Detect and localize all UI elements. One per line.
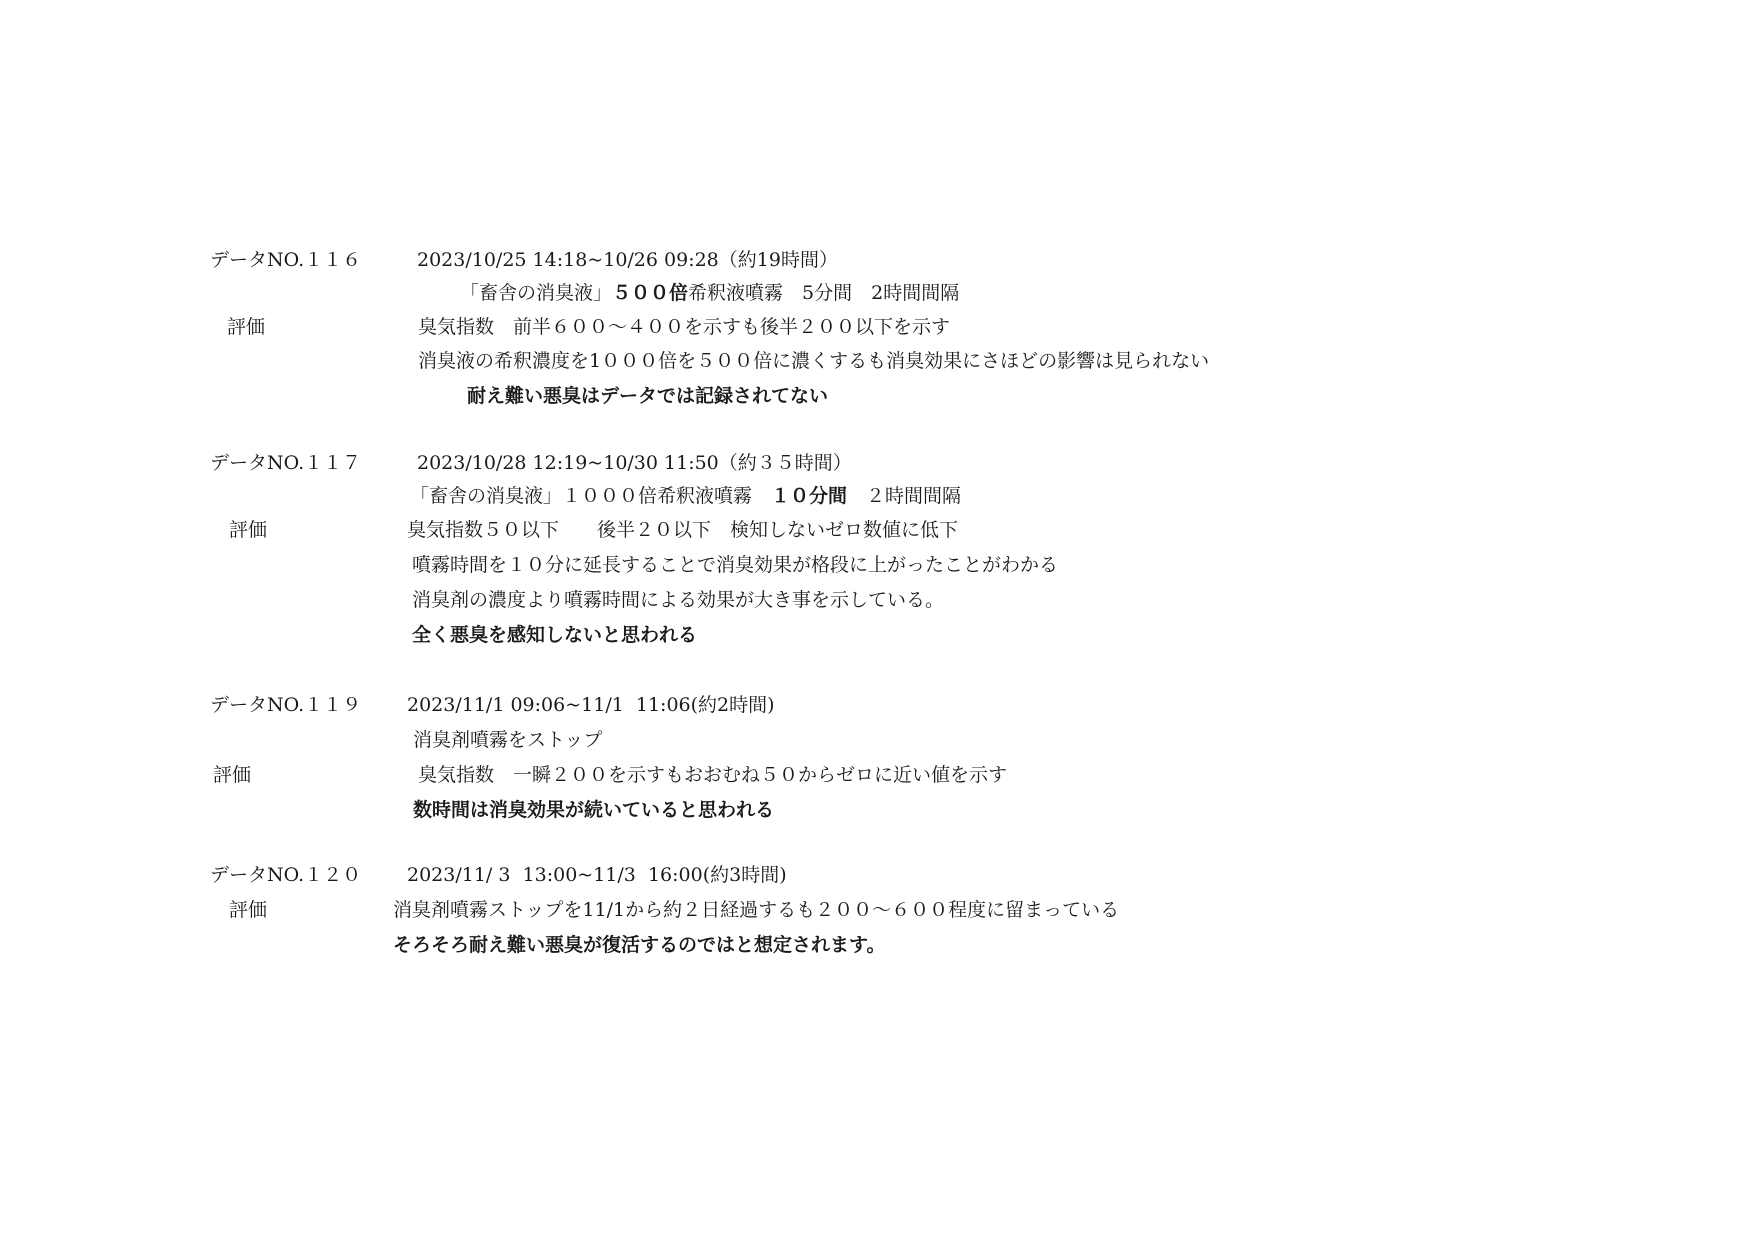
record-condition: 「畜舎の消臭液」５００倍希釈液噴霧 5分間 2時間間隔: [460, 281, 959, 305]
record-period: 2023/10/28 12:19~10/30 11:50（約３５時間）: [417, 451, 852, 475]
record-conclusion: 全く悪臭を感知しないと思われる: [412, 623, 697, 647]
eval-label: 評価: [227, 315, 265, 339]
eval-line: 消臭剤噴霧ストップを11/1から約２日経過するも２００～６００程度に留まっている: [393, 898, 1119, 922]
condition-emphasis: ５００倍: [612, 282, 688, 304]
condition-text: 「畜舎の消臭液」１０００倍希釈液噴霧: [410, 485, 771, 507]
condition-text: ２時間間隔: [847, 485, 961, 507]
eval-label: 評価: [229, 898, 267, 922]
eval-line: 消臭液の希釈濃度を1０００倍を５００倍に濃くするも消臭効果にさほどの影響は見られ…: [418, 349, 1209, 373]
record-conclusion: そろそろ耐え難い悪臭が復活するのではと想定されます。: [393, 933, 885, 957]
record-id: データNO.１１７: [210, 451, 361, 475]
record-period: 2023/11/ 3 13:00~11/3 16:00(約3時間): [407, 863, 787, 887]
condition-text: 希釈液噴霧 5分間 2時間間隔: [688, 282, 959, 304]
record-period: 2023/11/1 09:06~11/1 11:06(約2時間): [407, 693, 775, 717]
record-period: 2023/10/25 14:18~10/26 09:28（約19時間）: [417, 248, 838, 272]
eval-line: 消臭剤の濃度より噴霧時間による効果が大き事を示している。: [412, 588, 944, 612]
record-conclusion: 数時間は消臭効果が続いていると思われる: [413, 798, 774, 822]
record-condition: 「畜舎の消臭液」１０００倍希釈液噴霧 １０分間 ２時間間隔: [410, 484, 961, 508]
eval-line: 噴霧時間を１０分に延長することで消臭効果が格段に上がったことがわかる: [412, 553, 1058, 577]
eval-label: 評価: [229, 518, 267, 542]
eval-line: 臭気指数 前半６００～４００を示すも後半２００以下を示す: [418, 315, 950, 339]
eval-label: 評価: [213, 763, 251, 787]
eval-line: 臭気指数 一瞬２００を示すもおおむね５０からゼロに近い値を示す: [418, 763, 1007, 787]
record-id: データNO.１２０: [210, 863, 361, 887]
record-id: データNO.１１６: [210, 248, 361, 272]
condition-emphasis: １０分間: [771, 485, 847, 507]
record-condition: 消臭剤噴霧をストップ: [413, 728, 602, 752]
eval-line: 臭気指数５０以下 後半２０以下 検知しないゼロ数値に低下: [407, 518, 958, 542]
record-id: データNO.１１９: [210, 693, 361, 717]
record-conclusion: 耐え難い悪臭はデータでは記録されてない: [467, 384, 828, 408]
condition-text: 「畜舎の消臭液」: [460, 282, 612, 304]
